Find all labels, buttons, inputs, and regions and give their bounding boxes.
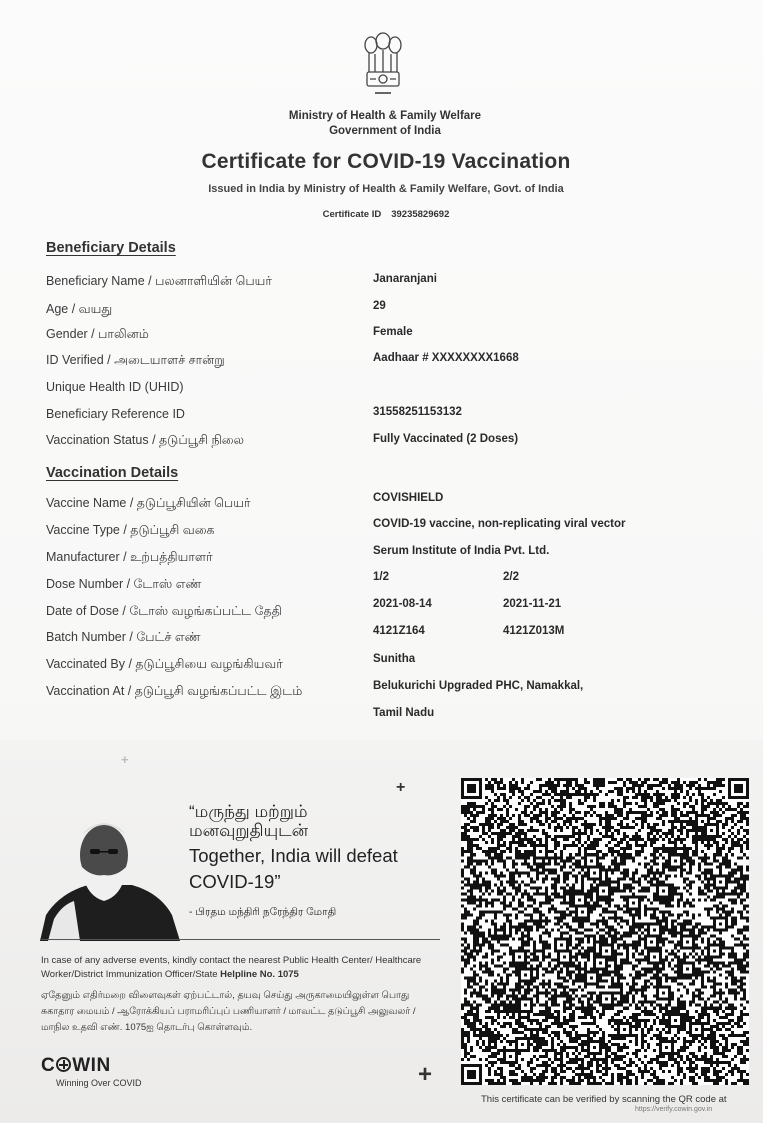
reference-id-label: Beneficiary Reference ID — [46, 407, 185, 421]
issued-by: Issued in India by Ministry of Health & … — [0, 183, 763, 195]
certificate-id-label: Certificate ID — [323, 209, 382, 220]
batch-number-value-2: 4121Z013M — [503, 625, 564, 637]
id-verified-label: ID Verified / அடையாளச் சான்று — [46, 353, 225, 369]
dose-number-value-2: 2/2 — [503, 571, 519, 583]
vaccinated-by-label: Vaccinated By / தடுப்பூசியை வழங்கியவர் — [46, 657, 283, 673]
cowin-logo: CWIN — [41, 1055, 111, 1077]
id-verified-value: Aadhaar # XXXXXXXX1668 — [373, 352, 519, 364]
beneficiary-name-label: Beneficiary Name / பலனாளியின் பெயர் — [46, 274, 272, 290]
qr-verify-url: https://verify.cowin.gov.in — [635, 1106, 712, 1113]
dose-number-value-1: 1/2 — [373, 571, 389, 583]
vaccine-type-label: Vaccine Type / தடுப்பூசி வகை — [46, 523, 215, 539]
gender-label: Gender / பாலினம் — [46, 327, 149, 343]
vaccination-at-value-line2: Tamil Nadu — [373, 707, 434, 719]
vaccine-name-value: COVISHIELD — [373, 492, 443, 504]
qr-code-icon — [461, 778, 749, 1085]
vaccination-status-label: Vaccination Status / தடுப்பூசி நிலை — [46, 433, 244, 449]
government-name: Government of India — [0, 125, 763, 137]
quote-divider — [40, 939, 440, 940]
date-of-dose-label: Date of Dose / டோஸ் வழங்கப்பட்ட தேதி — [46, 604, 282, 620]
pm-quote-english: Together, India will defeat COVID-19” — [189, 843, 439, 895]
beneficiary-details-heading: Beneficiary Details — [46, 240, 176, 256]
pm-quote-tamil: “மருந்து மற்றும் மனவுறுதியுடன் — [189, 802, 429, 840]
cowin-cross-icon — [56, 1057, 71, 1072]
date-of-dose-value-1: 2021-08-14 — [373, 598, 432, 610]
vaccination-at-label: Vaccination At / தடுப்பூசி வழங்கப்பட்ட இ… — [46, 684, 302, 700]
national-emblem-icon — [361, 28, 405, 106]
manufacturer-label: Manufacturer / உற்பத்தியாளர் — [46, 550, 213, 566]
crosshair-mark-icon: + — [121, 753, 129, 766]
certificate-title: Certificate for COVID-19 Vaccination — [0, 150, 763, 174]
vaccination-details-heading: Vaccination Details — [46, 465, 178, 481]
pm-quote-attribution: - பிரதம மந்திரி நரேந்திர மோதி — [189, 906, 336, 919]
uhid-label: Unique Health ID (UHID) — [46, 380, 184, 394]
adverse-events-tamil: ஏதேனும் எதிர்மறை விளைவுகள் ஏற்பட்டால், த… — [41, 988, 441, 1036]
qr-verify-note: This certificate can be verified by scan… — [481, 1094, 727, 1105]
age-value: 29 — [373, 300, 386, 312]
batch-number-label: Batch Number / பேட்ச் எண் — [46, 630, 201, 646]
certificate-id-value: 39235829692 — [391, 209, 449, 220]
date-of-dose-value-2: 2021-11-21 — [503, 598, 561, 610]
ministry-name: Ministry of Health & Family Welfare — [0, 110, 763, 122]
batch-number-value-1: 4121Z164 — [373, 625, 425, 637]
vaccination-at-value: Belukurichi Upgraded PHC, Namakkal, — [373, 680, 583, 692]
vaccine-type-value: COVID-19 vaccine, non-replicating viral … — [373, 518, 625, 530]
crosshair-mark-icon: + — [418, 1063, 432, 1087]
gender-value: Female — [373, 326, 413, 338]
reference-id-value: 31558251153132 — [373, 406, 462, 418]
beneficiary-name-value: Janaranjani — [373, 273, 437, 285]
crosshair-mark-icon: + — [396, 780, 405, 796]
helpline-number: Helpline No. 1075 — [220, 969, 299, 980]
cowin-tagline: Winning Over COVID — [56, 1078, 142, 1088]
vaccine-name-label: Vaccine Name / தடுப்பூசியின் பெயர் — [46, 496, 250, 512]
vaccination-status-value: Fully Vaccinated (2 Doses) — [373, 433, 518, 445]
adverse-events-english: In case of any adverse events, kindly co… — [41, 954, 441, 982]
manufacturer-value: Serum Institute of India Pvt. Ltd. — [373, 545, 549, 557]
prime-minister-portrait — [40, 815, 180, 941]
certificate-id: Certificate ID39235829692 — [0, 209, 763, 220]
age-label: Age / வயது — [46, 302, 112, 318]
vaccinated-by-value: Sunitha — [373, 653, 415, 665]
certificate-page: Ministry of Health & Family Welfare Gove… — [0, 0, 763, 1123]
dose-number-label: Dose Number / டோஸ் எண் — [46, 577, 201, 593]
